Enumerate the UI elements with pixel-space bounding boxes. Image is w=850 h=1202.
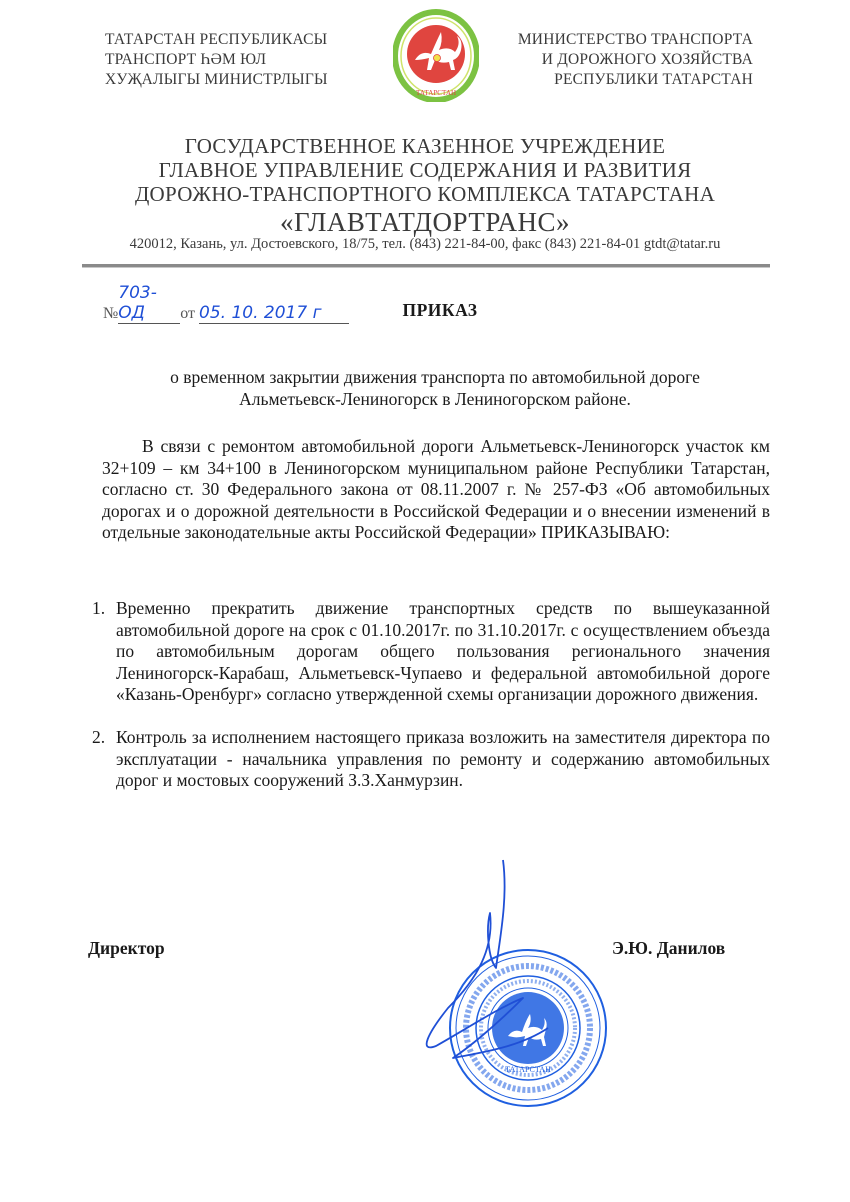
order-items: 1. Временно прекратить движение транспор…	[92, 598, 770, 813]
letterhead-right-line: МИНИСТЕРСТВО ТРАНСПОРТА	[505, 30, 753, 50]
tatarstan-coat-of-arms-icon: ТАТАРСТАН	[393, 8, 479, 102]
organization-line: ДОРОЖНО-ТРАНСПОРТНОГО КОМПЛЕКСА ТАТАРСТА…	[80, 182, 770, 206]
organization-header: ГОСУДАРСТВЕННОЕ КАЗЕННОЕ УЧРЕЖДЕНИЕ ГЛАВ…	[80, 134, 770, 238]
order-number: 703-ОД	[118, 283, 157, 323]
item-number: 2.	[92, 727, 116, 792]
header-divider	[82, 264, 770, 268]
item-text: Временно прекратить движение транспортны…	[116, 598, 770, 706]
subject-line: Альметьевск-Лениногорск в Лениногорском …	[100, 388, 770, 410]
letterhead-right-line: И ДОРОЖНОГО ХОЗЯЙСТВА	[505, 50, 753, 70]
letterhead-left-line: ХУҖАЛЫГЫ МИНИСТРЛЫГЫ	[105, 70, 385, 90]
preamble-text: В связи с ремонтом автомобильной дороги …	[102, 436, 770, 544]
svg-text:ТАТАРСТАН: ТАТАРСТАН	[505, 1065, 551, 1074]
letterhead-left-tatar: ТАТАРСТАН РЕСПУБЛИКАСЫ ТРАНСПОРТ ҺӘМ ЮЛ …	[105, 30, 385, 90]
organization-address: 420012, Казань, ул. Достоевского, 18/75,…	[80, 236, 770, 253]
item-text: Контроль за исполнением настоящего прика…	[116, 727, 770, 792]
signatory-name: Э.Ю. Данилов	[612, 938, 725, 959]
date-label: от	[180, 305, 195, 322]
order-item: 2. Контроль за исполнением настоящего пр…	[92, 727, 770, 792]
svg-text:ТАТАРСТАН: ТАТАРСТАН	[416, 89, 456, 97]
letterhead-right-line: РЕСПУБЛИКИ ТАТАРСТАН	[505, 70, 753, 90]
item-number: 1.	[92, 598, 116, 706]
order-date: 05. 10. 2017 г	[199, 303, 321, 323]
signatory-role: Директор	[88, 938, 165, 959]
order-subject: о временном закрытии движения транспорта…	[100, 366, 770, 410]
number-label: №	[103, 305, 118, 322]
order-meta: №703-ОДот 05. 10. 2017 г	[103, 283, 349, 324]
order-item: 1. Временно прекратить движение транспор…	[92, 598, 770, 706]
letterhead-right-russian: МИНИСТЕРСТВО ТРАНСПОРТА И ДОРОЖНОГО ХОЗЯ…	[505, 30, 753, 90]
subject-line: о временном закрытии движения транспорта…	[100, 366, 770, 388]
organization-line: ГЛАВНОЕ УПРАВЛЕНИЕ СОДЕРЖАНИЯ И РАЗВИТИЯ	[80, 158, 770, 182]
organization-brand: «ГЛАВТАТДОРТРАНС»	[80, 206, 770, 238]
official-seal-icon: ТАТАРСТАН	[408, 858, 608, 1118]
letterhead-left-line: ТРАНСПОРТ ҺӘМ ЮЛ	[105, 50, 385, 70]
letterhead-left-line: ТАТАРСТАН РЕСПУБЛИКАСЫ	[105, 30, 385, 50]
organization-line: ГОСУДАРСТВЕННОЕ КАЗЕННОЕ УЧРЕЖДЕНИЕ	[80, 134, 770, 158]
document-title: ПРИКАЗ	[380, 300, 500, 321]
preamble: В связи с ремонтом автомобильной дороги …	[102, 436, 770, 544]
